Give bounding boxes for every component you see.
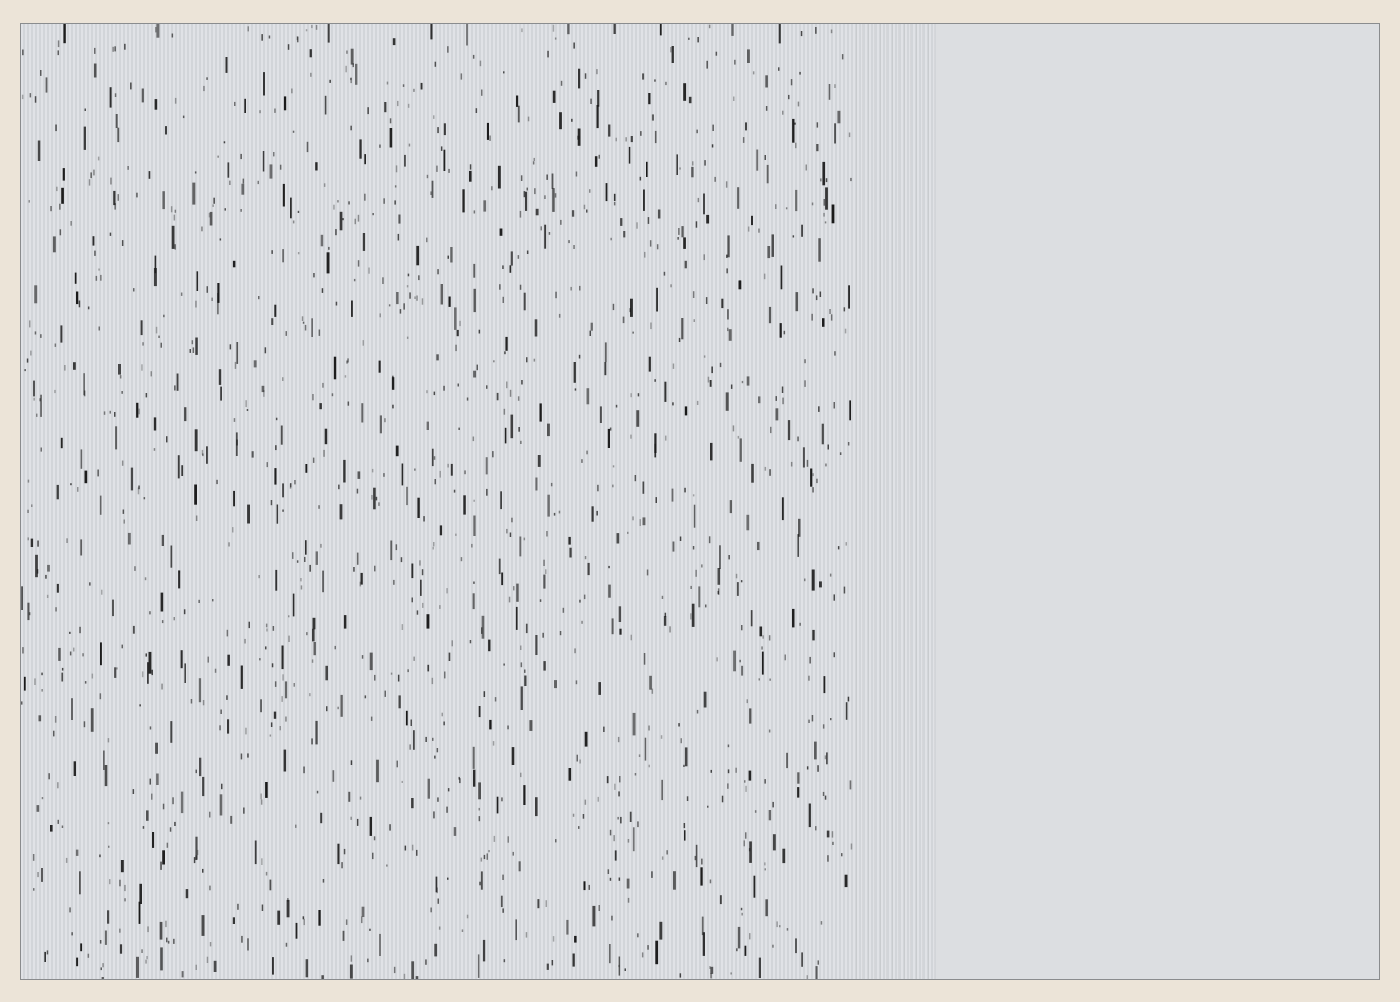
marked-area <box>21 24 856 979</box>
artwork-panel <box>20 23 1380 980</box>
dash-marks <box>21 24 856 980</box>
blank-area <box>936 24 1379 979</box>
fade-transition <box>856 24 936 979</box>
